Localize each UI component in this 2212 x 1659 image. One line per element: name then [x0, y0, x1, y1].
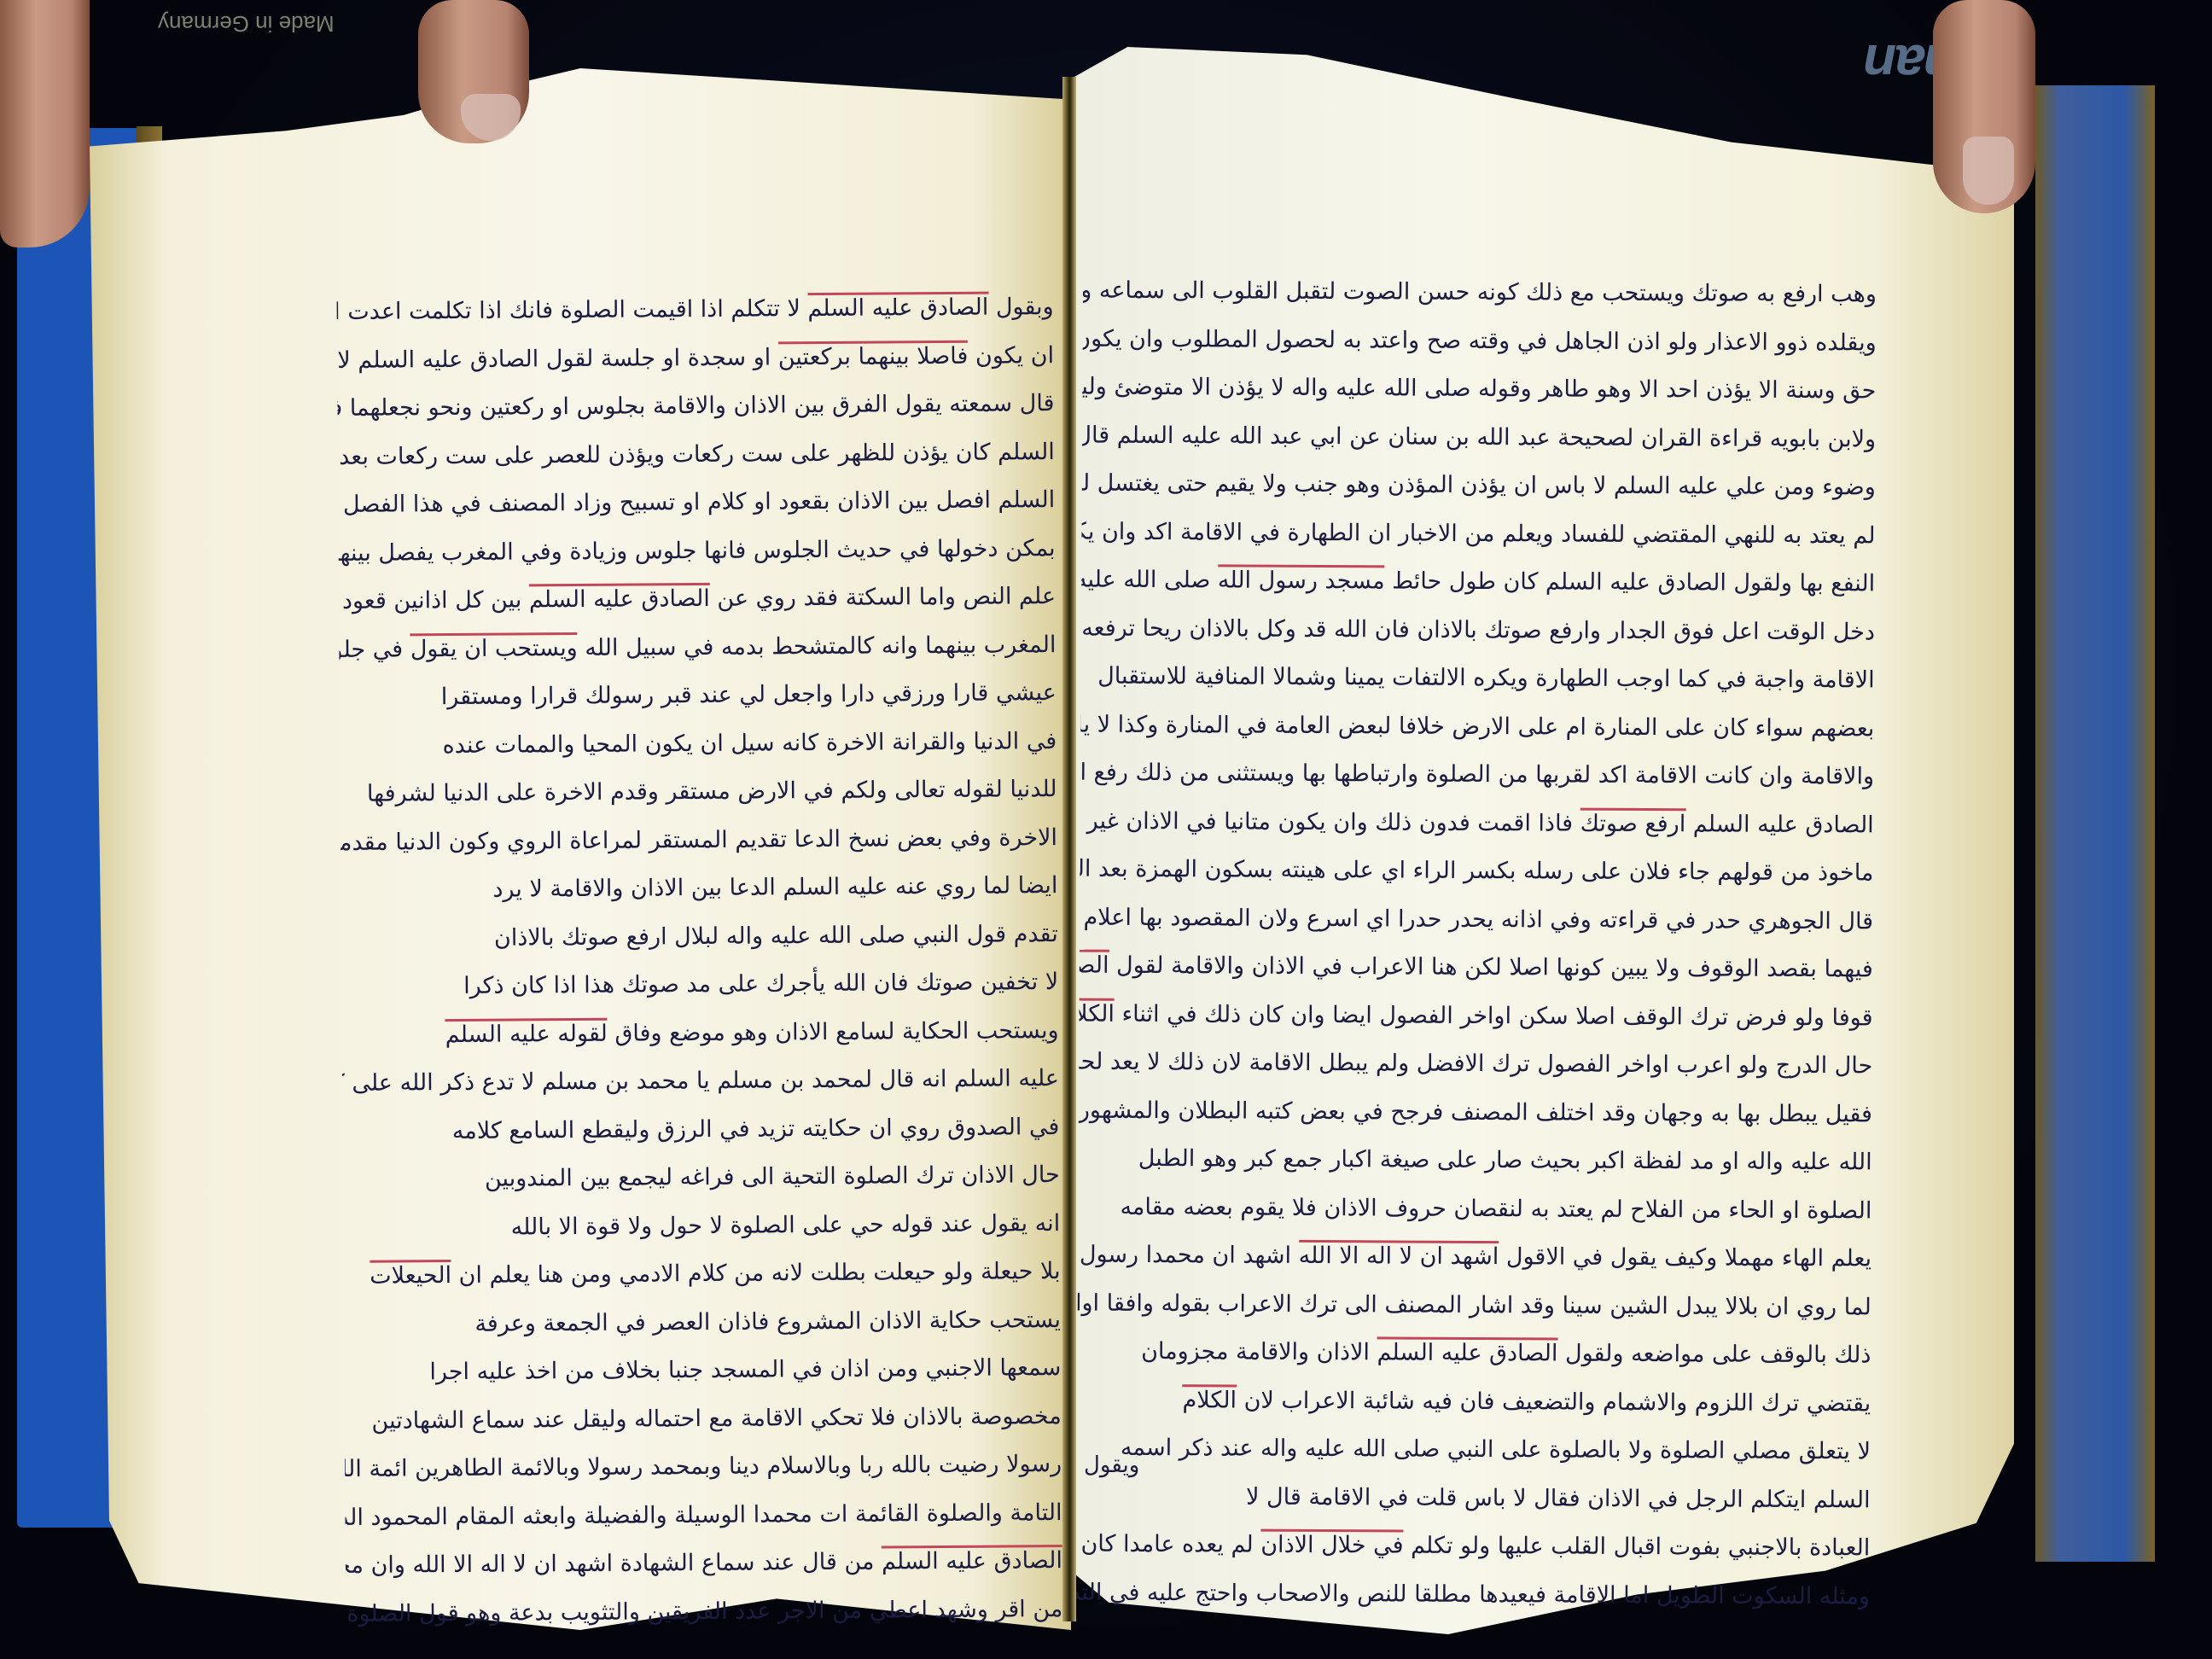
manuscript-line: ومثله السكوت الطويل اما الاقامة فيعيدها … — [1076, 1569, 1870, 1621]
manuscript-line: وهب ارفع به صوتك ويستحب مع ذلك كونه حسن … — [1083, 267, 1877, 319]
manuscript-line: حال الدرج ولو اعرب اواخر الفصول ترك الاف… — [1079, 1039, 1872, 1091]
manuscript-line: تقدم قول النبي صلى الله عليه واله لبلال … — [341, 911, 1058, 963]
finger-left-outer — [0, 0, 90, 247]
manuscript-line: في الدنيا والقرانة الاخرة كانه سيل ان يك… — [340, 718, 1057, 771]
fingernail — [1963, 137, 2014, 205]
rubric-overline: الكلام — [1079, 998, 1115, 1027]
manuscript-line: في الصدوق روي ان حكايته تزيد في الرزق ول… — [342, 1103, 1059, 1156]
manuscript-line: الصادق عليه السلم ارفع صوتك فاذا اقمت فد… — [1080, 797, 1874, 849]
manuscript-line: المغرب بينهما وانه كالمتشحط بدمه في سبيل… — [339, 621, 1056, 674]
manuscript-line: علم النص واما السكتة فقد روي عن الصادق ع… — [339, 573, 1056, 626]
rubric-overline: اشهد ان لا اله الا الله — [1299, 1240, 1499, 1270]
manuscript-line: السلم ايتكلم الرجل في الاذان فقال لا باس… — [1076, 1472, 1870, 1524]
rubric-overline: الصادق عليه السلم — [807, 292, 988, 322]
rubric-overline: الكلام — [1182, 1384, 1237, 1413]
catchword: ويقول — [1084, 1452, 1139, 1478]
manuscript-line: فيهما بقصد الوقوف ولا يبين كونها اصلا لك… — [1080, 942, 1873, 994]
manuscript-line: فقيل يبطل بها به وجهان وقد اختلف المصنف … — [1079, 1086, 1872, 1138]
manuscript-line: بلا حيعلة ولو حيعلت بطلت لانه من كلام ال… — [343, 1248, 1060, 1301]
manuscript-line: الصادق عليه السلم من قال عند سماع الشهاد… — [346, 1537, 1062, 1590]
manuscript-line: ويقلده ذوو الاعذار ولو اذن الجاهل في وقت… — [1083, 315, 1877, 367]
manuscript-line: يستحب حكاية الاذان المشروع فاذان العصر ف… — [344, 1296, 1061, 1349]
manuscript-line: التامة والصلوة القائمة ات محمدا الوسيلة … — [345, 1489, 1062, 1542]
manuscript-line: مخصوصة بالاذان فلا تحكي الاقامة مع احتما… — [345, 1393, 1062, 1446]
rubric-overline: الصادق عليه السلم — [1377, 1336, 1557, 1366]
book-gutter — [1062, 77, 1076, 1621]
rubric-overline: ارفع صوتك — [1580, 807, 1686, 837]
mat-label-made-in-germany: Made in Germany — [158, 10, 335, 37]
manuscript-line: الصلوة او الحاء من الفلاح لم يعتد به لنق… — [1078, 1183, 1871, 1235]
manuscript-line: انه يقول عند قوله حي على الصلوة لا حول و… — [343, 1200, 1060, 1253]
manuscript-line: النفع بها ولقول الصادق عليه السلم كان طو… — [1081, 556, 1875, 608]
manuscript-line: وضوء ومن علي عليه السلم لا باس ان يؤذن ا… — [1082, 460, 1876, 512]
manuscript-line: الاقامة واجبة في كما اوجب الطهارة ويكره … — [1080, 653, 1874, 705]
manuscript-line: رسولا رضيت بالله ربا وبالاسلام دينا وبمح… — [345, 1441, 1062, 1493]
rubric-overline: الصادق عليه السلم — [529, 583, 710, 613]
rubric-overline: الصادق عليه السلم — [1080, 949, 1109, 979]
rubric-overline: الصادق عليه السلم — [882, 1545, 1062, 1575]
manuscript-line: لما روي ان بلالا يبدل الشين سينا وقد اشا… — [1078, 1279, 1871, 1331]
manuscript-line: السلم كان يؤذن للظهر على ست ركعات ويؤذن … — [338, 428, 1055, 481]
rubric-overline: الحيعلات — [370, 1260, 451, 1289]
manuscript-line: الله عليه واله او مد لفظة اكبر بحيث صار … — [1079, 1135, 1872, 1187]
manuscript-line: بعضهم سواء كان على المنارة ام على الارض … — [1080, 701, 1874, 753]
book-cover-right — [2035, 85, 2155, 1562]
manuscript-line: يعلم الهاء مهملا وكيف يقول في الاقول اشه… — [1078, 1231, 1871, 1284]
manuscript-line: لم يعتد به للنهي المقتضي للفساد ويعلم من… — [1081, 508, 1875, 560]
manuscript-line: ان يكون فاصلا بينهما بركعتين او سجدة او … — [337, 332, 1054, 385]
left-page-text-block: وبقول الصادق عليه السلم لا تتكلم اذا اقي… — [336, 283, 1062, 1639]
rubric-overline: لقوله عليه السلم — [445, 1017, 608, 1047]
manuscript-line: بمكن دخولها في حديث الجلوس فانها جلوس وز… — [338, 525, 1055, 578]
rubric-overline: مسجد رسول الله — [1218, 564, 1385, 594]
manuscript-line: ايضا لما روي عنه عليه السلم الدعا بين ال… — [341, 862, 1057, 915]
manuscript-line: قال الجوهري حدر في قراءته وفي اذانه يحدر… — [1080, 894, 1873, 946]
manuscript-line: من اقر وشهد اعطي من الاجر عدد الفريقين و… — [346, 1586, 1062, 1639]
manuscript-line: وبقول الصادق عليه السلم لا تتكلم اذا اقي… — [336, 283, 1053, 336]
manuscript-line: ولابن بابويه قراءة القران لصحيحة عبد الل… — [1082, 411, 1876, 463]
manuscript-line: ذلك بالوقف على مواضعه ولقول الصادق عليه … — [1077, 1328, 1871, 1380]
rubric-overline: في خلال الاذان — [1260, 1529, 1403, 1559]
manuscript-line: للدنيا لقوله تعالى ولكم في الارض مستقر و… — [340, 765, 1057, 818]
manuscript-line: الاخرة وفي بعض نسخ الدعا تقديم المستقر ل… — [341, 814, 1057, 867]
manuscript-line: لا يتعلق مصلي الصلوة ولا بالصلوة على الن… — [1077, 1424, 1871, 1476]
manuscript-line: دخل الوقت اعل فوق الجدار وارفع صوتك بالا… — [1081, 604, 1875, 656]
manuscript-line: حق وسنة الا يؤذن احد الا وهو طاهر وقوله … — [1082, 364, 1876, 416]
manuscript-line: سمعها الاجنبي ومن اذان في المسجد جنبا بخ… — [344, 1344, 1061, 1397]
manuscript-line: السلم افصل بين الاذان بقعود او كلام او ت… — [338, 476, 1055, 529]
manuscript-line: ماخوذ من قولهم جاء فلان على رسله بكسر ال… — [1080, 846, 1873, 898]
manuscript-line: ويستحب الحكاية لسامع الاذان وهو موضع وفا… — [341, 1007, 1058, 1060]
manuscript-line: عليه السلم انه قال لمحمد بن مسلم يا محمد… — [342, 1055, 1059, 1108]
manuscript-line: يقتضي ترك اللزوم والاشمام والتضعيف فان ف… — [1077, 1376, 1871, 1428]
manuscript-line: والاقامة وان كانت الاقامة اكد لقربها من … — [1080, 749, 1874, 801]
manuscript-line: العبادة بالاجنبي بفوت اقبال القلب عليها … — [1076, 1521, 1870, 1573]
rubric-overline: ويستحب ان يقول — [410, 632, 578, 661]
rubric-overline: فاصلا بينهما بركعتين — [778, 340, 969, 370]
manuscript-line: قال سمعته يقول الفرق بين الاذان والاقامة… — [337, 380, 1054, 433]
manuscript-line: لا تخفين صوتك فان الله يأجرك على مد صوتك… — [341, 958, 1058, 1011]
manuscript-line: حال الاذان ترك الصلوة التحية الى فراغه ل… — [343, 1151, 1060, 1204]
manuscript-line: قوفا ولو فرض ترك الوقف اصلا سكن اواخر ال… — [1079, 990, 1872, 1042]
manuscript-line: عيشي قارا ورزقي دارا واجعل لي عند قبر رس… — [340, 669, 1057, 722]
right-page-text-block: وهب ارفع به صوتك ويستحب مع ذلك كونه حسن … — [1076, 267, 1877, 1621]
